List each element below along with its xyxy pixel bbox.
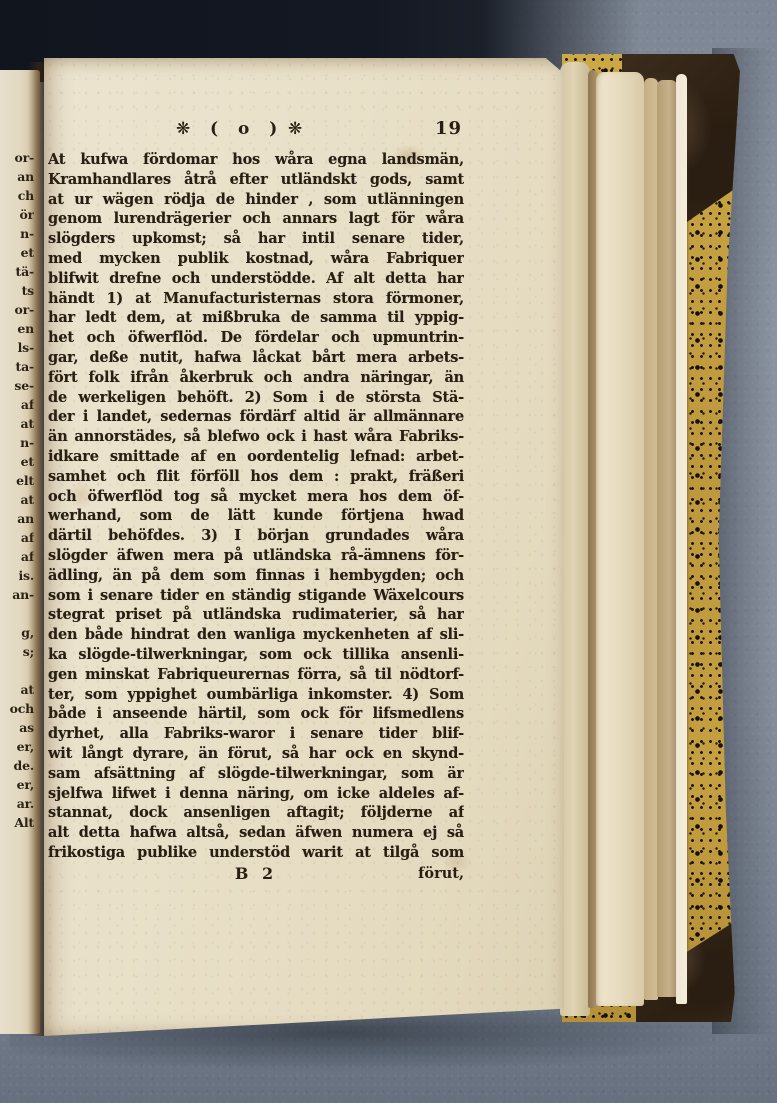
- text-line: wit långt dyrare, än förut, så har ock e…: [48, 744, 464, 764]
- text-line: sam afsättning af slögde-tilwerkningar, …: [48, 764, 464, 784]
- text-line: blifwit drefne och understödde. Af alt d…: [48, 269, 464, 289]
- text-line: den både hindrat den wanliga myckenheten…: [48, 625, 464, 645]
- page-edge-strip: [657, 80, 677, 997]
- text-line: dyrhet, alla Fabriks-waror i senare tide…: [48, 724, 464, 744]
- text-line: med mycken publik kostnad, wåra Fabrique…: [48, 249, 464, 269]
- page-edge-strip: [596, 72, 644, 1006]
- page-edge-strip: [644, 78, 658, 1000]
- text-line: samhet och flit förföll hos dem : prakt,…: [48, 467, 464, 487]
- text-line: som i senare tider en ständig stigande W…: [48, 586, 464, 606]
- text-line: At kufwa fördomar hos wåra egna landsmän…: [48, 150, 464, 170]
- text-line: både i anseende härtil, som ock för lifs…: [48, 704, 464, 724]
- text-line: fört folk ifrån åkerbruk och andra närin…: [48, 368, 464, 388]
- text-line: gar, deße nutit, hafwa låckat bårt mera …: [48, 348, 464, 368]
- text-line: der i landet, sedernas fördärf altid är …: [48, 407, 464, 427]
- page-header: ❋ ( o ) ❋ 19: [48, 116, 464, 146]
- text-line: at ur wägen rödja de hinder , som utlänn…: [48, 190, 464, 210]
- text-line: frikostiga publike understöd warit at ti…: [48, 843, 464, 863]
- text-line: Kramhandlares åtrå efter utländskt gods,…: [48, 170, 464, 190]
- fleuron-ornament-icon: ❋: [288, 117, 302, 141]
- page-edge-strip: [676, 74, 687, 1004]
- text-line: än annorstädes, så blefwo ock i hast wår…: [48, 427, 464, 447]
- text-line: ka slögde-tilwerkningar, som ock tillika…: [48, 645, 464, 665]
- text-line: slögders upkomst; så har intil senare ti…: [48, 229, 464, 249]
- catchword: förut,: [418, 865, 464, 882]
- text-line: sjelfwa lifwet i denna näring, om icke a…: [48, 784, 464, 804]
- page-text: At kufwa fördomar hos wåra egna landsmän…: [48, 150, 464, 863]
- header-section-mark: ( o ): [210, 116, 284, 142]
- text-line: slögder äfwen mera på utländska rå-ämnen…: [48, 546, 464, 566]
- text-line: het och öfwerflöd. De fördelar och upmun…: [48, 328, 464, 348]
- text-line: ädling, än på dem som finnas i hembygden…: [48, 566, 464, 586]
- page-edge-strip: [560, 62, 590, 1016]
- text-line: werhand, som de lätt kunde förtjena hwad: [48, 506, 464, 526]
- photograph-of-open-book: or- an ch ör n- et tä- ts or- en ls- ta-…: [0, 0, 777, 1103]
- text-line: händt 1) at Manufacturisternas stora för…: [48, 289, 464, 309]
- text-line: stegrat priset på utländska rudimaterier…: [48, 605, 464, 625]
- text-line: de werkeligen behöft. 2) Som i de störst…: [48, 388, 464, 408]
- text-line: därtil behöfdes. 3) I början grundades w…: [48, 526, 464, 546]
- text-line: och öfwerflöd tog så mycket mera hos dem…: [48, 487, 464, 507]
- text-line: idkare smittade af en oordentelig lefnad…: [48, 447, 464, 467]
- text-line: har ledt dem, at mißbruka de samma til y…: [48, 308, 464, 328]
- text-line: gen minskat Fabriqueurernas förra, så ti…: [48, 665, 464, 685]
- book-page-19: ❋ ( o ) ❋ 19 At kufwa fördomar hos wåra …: [44, 58, 564, 1036]
- text-line: ter, som yppighet oumbärliga inkomster. …: [48, 685, 464, 705]
- signature-row: B 2 förut,: [48, 864, 464, 886]
- fleuron-ornament-icon: ❋: [176, 117, 190, 141]
- page-number: 19: [435, 116, 462, 142]
- text-line: alt detta hafwa altså, sedan äfwen numer…: [48, 823, 464, 843]
- text-line: genom lurendrägerier och annars lagt för…: [48, 209, 464, 229]
- text-line: stannat, dock ansenligen aftagit; följde…: [48, 803, 464, 823]
- signature-mark: B 2: [235, 864, 277, 883]
